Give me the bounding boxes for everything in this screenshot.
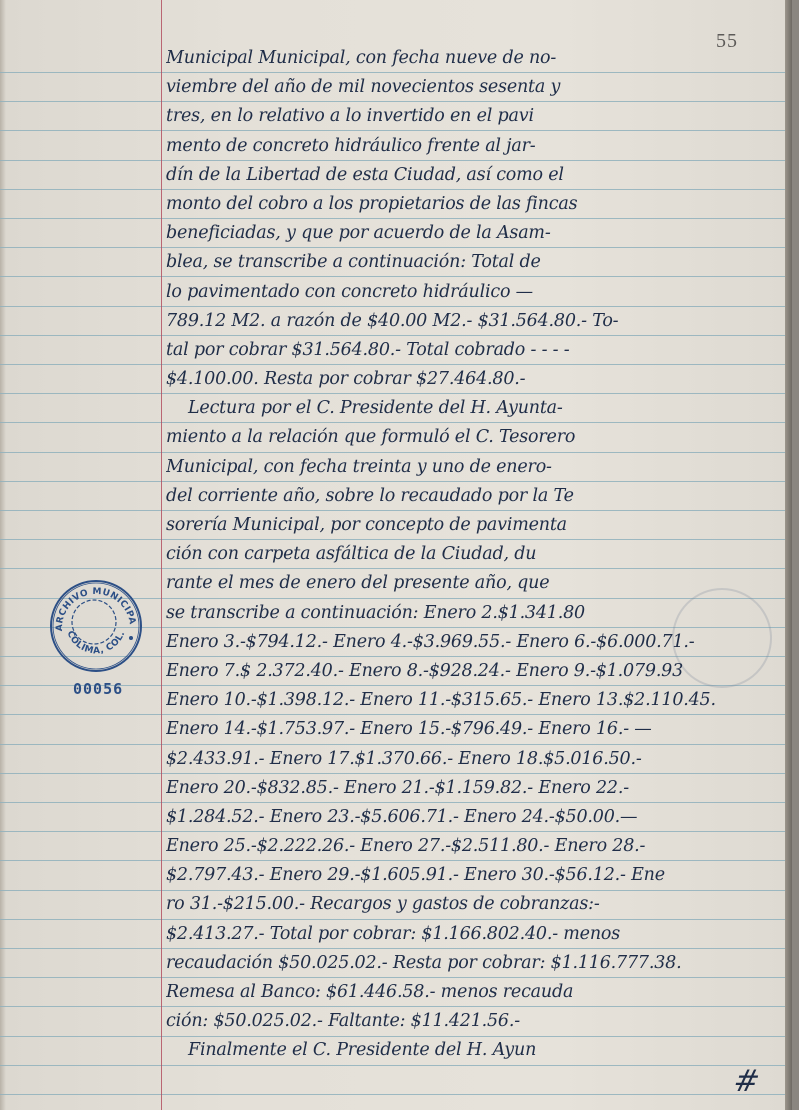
text-line: Enero 14.-$1.753.97.- Enero 15.-$796.49.… <box>166 715 786 744</box>
text-line: Enero 7.$ 2.372.40.- Enero 8.-$928.24.- … <box>166 657 786 686</box>
text-line: $4.100.00. Resta por cobrar $27.464.80.- <box>166 365 786 394</box>
text-line: Enero 20.-$832.85.- Enero 21.-$1.159.82.… <box>166 774 786 803</box>
text-line: Finalmente el C. Presidente del H. Ayun <box>166 1036 786 1065</box>
text-line: rante el mes de enero del presente año, … <box>166 569 786 598</box>
stamp-number: 00056 <box>73 680 123 698</box>
stamp-bottom-text: COLIMA, COL. <box>64 629 127 656</box>
text-line: lo pavimentado con concreto hidráulico — <box>166 278 786 307</box>
ledger-page: 55 Municipal Municipal, con fecha nueve … <box>0 0 792 1110</box>
svg-text:ARCHIVO MUNICIPAL: ARCHIVO MUNICIPAL <box>48 578 137 631</box>
text-line: tal por cobrar $31.564.80.- Total cobrad… <box>166 336 786 365</box>
text-line: Municipal Municipal, con fecha nueve de … <box>166 44 786 73</box>
stamp-top-text: ARCHIVO MUNICIPAL <box>48 578 137 631</box>
handwritten-text: Municipal Municipal, con fecha nueve de … <box>166 44 786 1066</box>
svg-text:COLIMA, COL.: COLIMA, COL. <box>64 629 127 656</box>
text-line: Enero 25.-$2.222.26.- Enero 27.-$2.511.8… <box>166 832 786 861</box>
text-line: del corriente año, sobre lo recaudado po… <box>166 482 786 511</box>
text-line: beneficiadas, y que por acuerdo de la As… <box>166 219 786 248</box>
text-line: viembre del año de mil novecientos sesen… <box>166 73 786 102</box>
text-line: blea, se transcribe a continuación: Tota… <box>166 248 786 277</box>
text-line: miento a la relación que formuló el C. T… <box>166 423 786 452</box>
text-line: sorería Municipal, por concepto de pavim… <box>166 511 786 540</box>
binding-shadow <box>0 0 6 1110</box>
text-line: monto del cobro a los propietarios de la… <box>166 190 786 219</box>
text-line: Municipal, con fecha treinta y uno de en… <box>166 453 786 482</box>
text-line: recaudación $50.025.02.- Resta por cobra… <box>166 949 786 978</box>
text-line: tres, en lo relativo a lo invertido en e… <box>166 102 786 131</box>
text-line: ro 31.-$215.00.- Recargos y gastos de co… <box>166 890 786 919</box>
text-line: se transcribe a continuación: Enero 2.$1… <box>166 599 786 628</box>
text-line: Remesa al Banco: $61.446.58.- menos reca… <box>166 978 786 1007</box>
red-margin-line <box>161 0 162 1110</box>
text-line: $2.433.91.- Enero 17.$1.370.66.- Enero 1… <box>166 745 786 774</box>
text-line: Enero 10.-$1.398.12.- Enero 11.-$315.65.… <box>166 686 786 715</box>
text-line: $1.284.52.- Enero 23.-$5.606.71.- Enero … <box>166 803 786 832</box>
text-line: dín de la Libertad de esta Ciudad, así c… <box>166 161 786 190</box>
text-line: ción: $50.025.02.- Faltante: $11.421.56.… <box>166 1007 786 1036</box>
archive-stamp: ARCHIVO MUNICIPAL COLIMA, COL. <box>48 578 144 674</box>
text-line: mento de concreto hidráulico frente al j… <box>166 132 786 161</box>
text-line: Lectura por el C. Presidente del H. Ayun… <box>166 394 786 423</box>
text-line: $2.413.27.- Total por cobrar: $1.166.802… <box>166 920 786 949</box>
text-line: ción con carpeta asfáltica de la Ciudad,… <box>166 540 786 569</box>
text-line: 789.12 M2. a razón de $40.00 M2.- $31.56… <box>166 307 786 336</box>
text-line: $2.797.43.- Enero 29.-$1.605.91.- Enero … <box>166 861 786 890</box>
page-edge <box>785 0 792 1110</box>
text-line: Enero 3.-$794.12.- Enero 4.-$3.969.55.- … <box>166 628 786 657</box>
ruled-line <box>0 1094 792 1095</box>
